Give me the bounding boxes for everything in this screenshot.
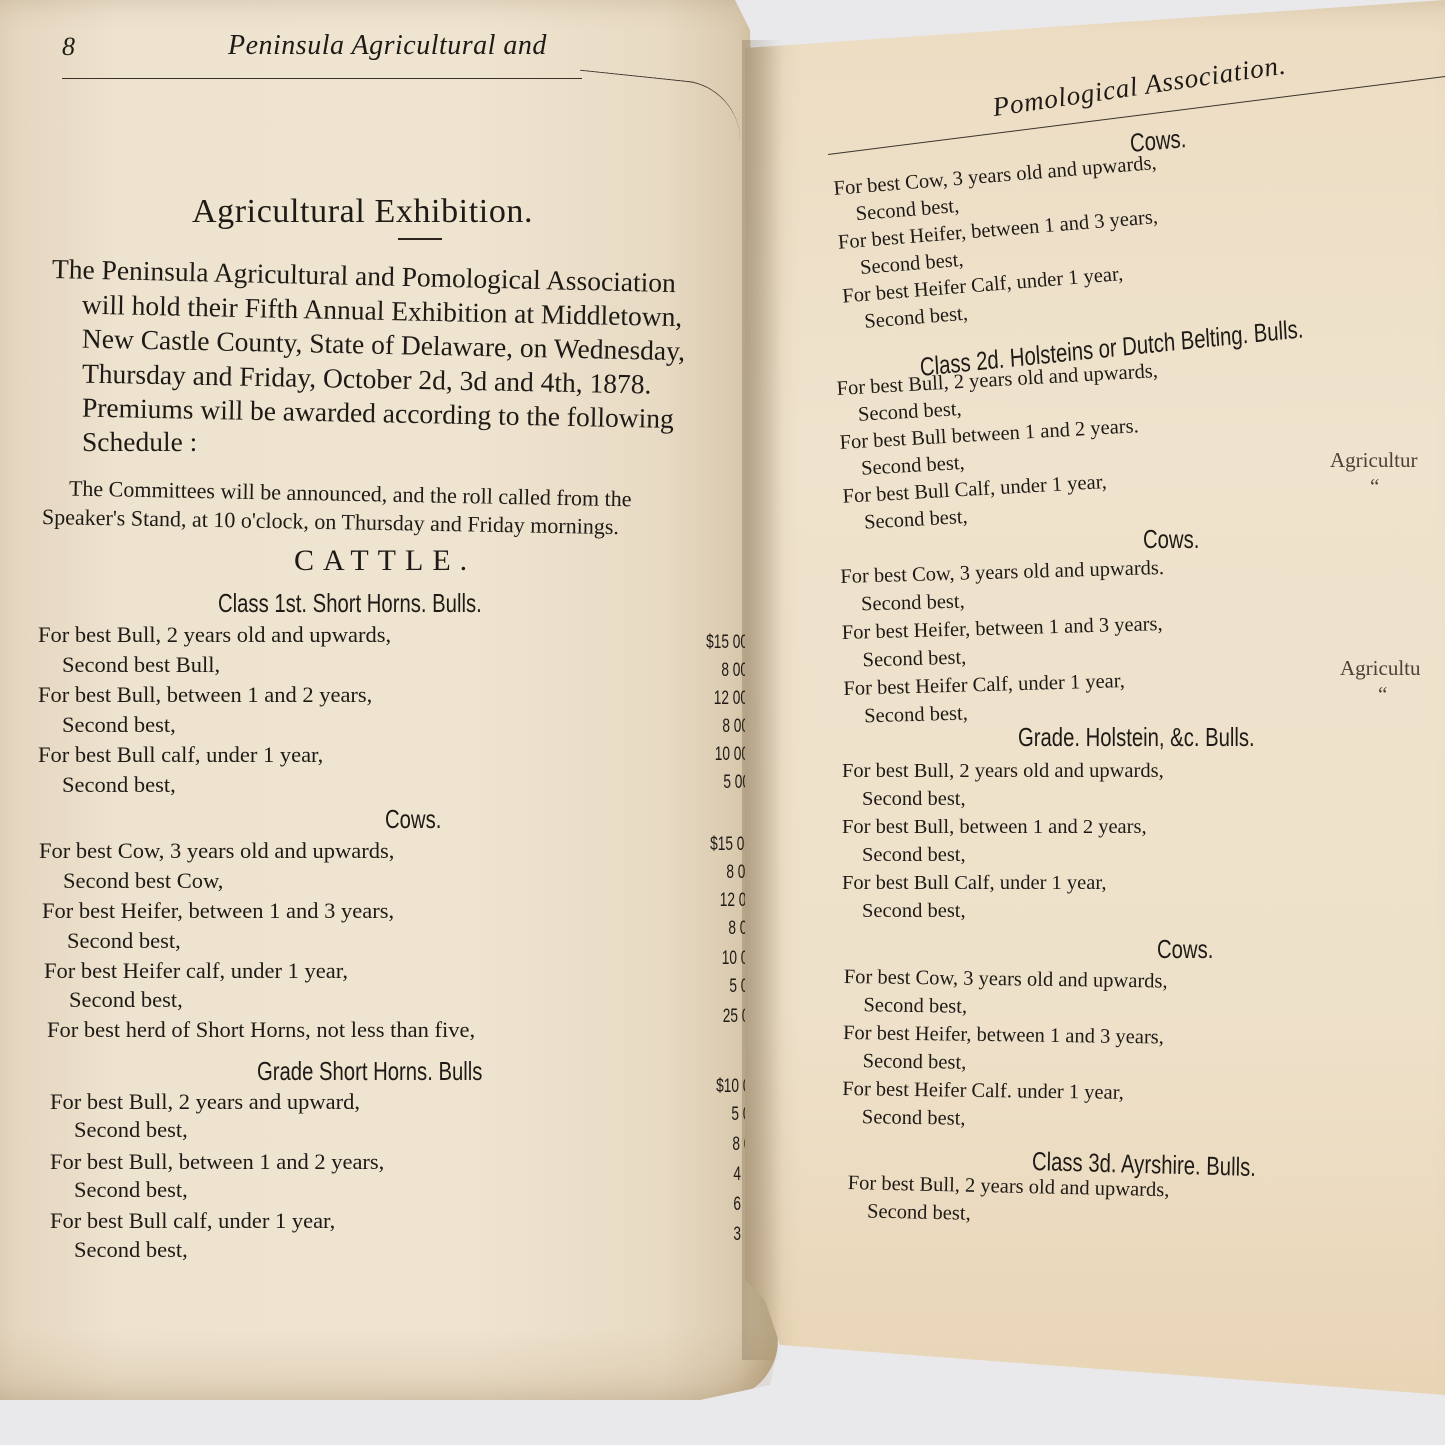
entry-label: For best Bull, 2 years old and upwards, — [842, 760, 1164, 783]
entry-label: Second best, — [45, 987, 183, 1013]
prize-amount: 10 00 — [699, 744, 749, 766]
class-heading: Class 1st. Short Horns. Bulls. — [218, 588, 482, 619]
entry-label: For best Bull, between 1 and 2 years, — [50, 1149, 384, 1175]
entry-label: Second best Bull, — [38, 652, 220, 678]
entry-label: Second best, — [50, 1177, 188, 1203]
edge-text-fragment: Agricultu — [1340, 656, 1420, 681]
header-rule-curve — [580, 70, 740, 140]
entry-label: For best Cow, 3 years old and upwards, — [39, 838, 394, 864]
entry-label: For best Bull calf, under 1 year, — [50, 1208, 335, 1234]
committee-note: The Committees will be announced, and th… — [42, 473, 752, 531]
entry-label: For best Heifer, between 1 and 3 years, — [843, 1022, 1164, 1049]
class-heading: Cows. — [385, 804, 441, 835]
section-title-cattle: CATTLE. — [294, 544, 476, 578]
class-heading: Cows. — [1143, 524, 1199, 555]
title-rule — [398, 238, 442, 240]
prize-amount: 5 00 — [700, 772, 750, 794]
entry-label: Second best, — [38, 712, 176, 738]
entry-label: For best Heifer calf, under 1 year, — [44, 958, 348, 984]
entry-label: For best Bull, 2 years old and upwards, — [38, 622, 391, 648]
entry-label: For best Bull calf, under 1 year, — [38, 742, 323, 768]
class-heading: Cows. — [1157, 934, 1213, 965]
entry-label: For best Bull Calf, under 1 year, — [842, 872, 1107, 895]
entry-label: Second best, — [842, 1106, 966, 1131]
page-number: 8 — [62, 32, 75, 62]
entry-label: For best Bull, 2 years and upward, — [50, 1089, 360, 1115]
entry-label: For best Bull, between 1 and 2 years, — [842, 816, 1147, 839]
entry-label: For best Heifer, between 1 and 3 years, — [42, 898, 394, 924]
entry-label: Second best, — [844, 702, 968, 728]
prize-amount: $15 00 — [698, 632, 748, 654]
entry-label: For best Heifer Calf. under 1 year, — [842, 1078, 1124, 1105]
entry-label: Second best, — [843, 1050, 967, 1075]
entry-label: Second best, — [843, 994, 967, 1019]
entry-label: Second best, — [842, 788, 966, 811]
entry-label: Second best, — [847, 1200, 971, 1226]
class-heading: Grade Short Horns. Bulls — [257, 1056, 482, 1087]
prize-amount: 8 00 — [698, 660, 748, 682]
ditto-mark: “ — [1370, 474, 1379, 499]
entry-label: Second best, — [842, 647, 966, 673]
entry-label: Second best, — [38, 772, 176, 798]
entry-label: For best Cow, 3 years old and upwards, — [844, 966, 1168, 994]
entry-label: Second best, — [842, 900, 966, 923]
entry-label: Second best, — [43, 928, 181, 954]
entry-label: Second best, — [50, 1117, 188, 1143]
entry-label: Second best Cow, — [39, 868, 223, 894]
entry-label: For best Bull, between 1 and 2 years, — [38, 682, 372, 708]
class-heading: Grade. Holstein, &c. Bulls. — [1018, 722, 1255, 753]
entry-label: Second best, — [842, 844, 966, 867]
entry-label: For best herd of Short Horns, not less t… — [47, 1017, 475, 1043]
edge-text-fragment: Agricultur — [1330, 448, 1417, 473]
running-head-left: Peninsula Agricultural and — [228, 30, 547, 62]
prize-amount: $15 00 — [702, 834, 752, 856]
entry-label: Second best, — [841, 591, 965, 617]
prize-amount: 8 00 — [699, 716, 749, 738]
left-page: 8 Peninsula Agricultural and Agricultura… — [0, 0, 778, 1400]
header-rule — [62, 78, 582, 79]
prize-amount: 12 00 — [698, 688, 748, 710]
intro-paragraph: The Peninsula Agricultural and Pomologic… — [52, 252, 752, 459]
document-title: Agricultural Exhibition. — [192, 193, 533, 231]
entry-label: Second best, — [50, 1237, 188, 1263]
ditto-mark: “ — [1378, 682, 1387, 707]
